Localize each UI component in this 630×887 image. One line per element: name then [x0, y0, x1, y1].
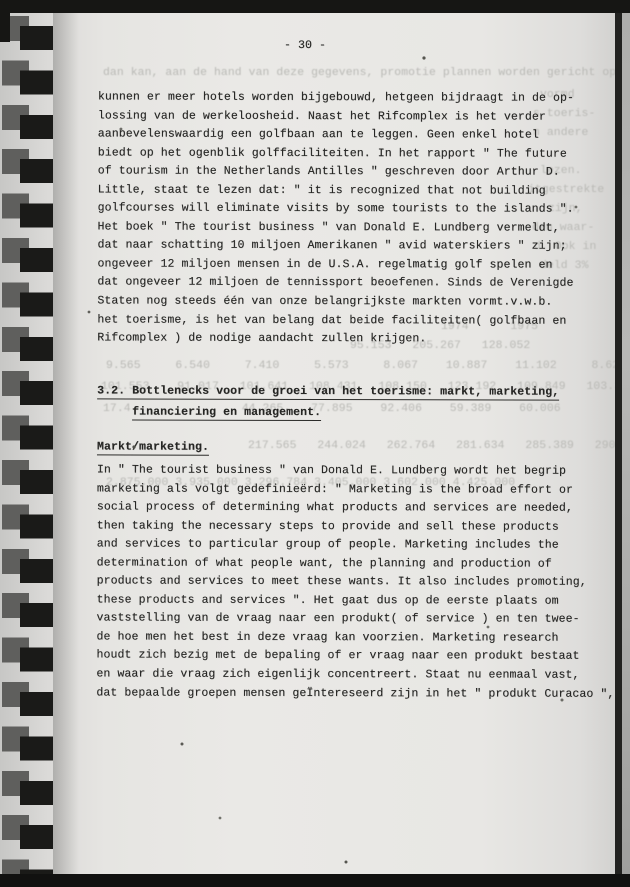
text-line: social process of determining what produ…: [97, 499, 615, 519]
text-line: dat bepaalde groepen mensen geÏntereseer…: [96, 684, 614, 704]
text-line: of tourism in the Netherlands Antilles "…: [98, 163, 574, 183]
binding-shade: [53, 13, 79, 874]
text-line: marketing als volgt gedefinieërd: " Mark…: [97, 480, 615, 500]
text-line: biedt op het ogenblik golffaciliteiten. …: [98, 144, 574, 164]
text-line: determination of what people want, the p…: [97, 554, 615, 574]
text-line: then taking the necessary steps to provi…: [97, 517, 615, 537]
text-line: kunnen er meer hotels worden bijgebouwd,…: [98, 88, 574, 108]
paragraph-1: kunnen er meer hotels worden bijgebouwd,…: [97, 88, 574, 349]
scan-edge-bottom: [0, 874, 630, 887]
text-line: lossing van de werkeloosheid. Naast het …: [98, 107, 574, 127]
text-line: these products and services ". Het gaat …: [97, 591, 615, 611]
text-line: aanbevelenswaardig een golfbaan aan te l…: [98, 126, 574, 146]
section-heading-line: financiering en management.: [97, 402, 559, 424]
scan-edge-right-outer: [622, 13, 630, 874]
comb-binding-shadow: [20, 13, 53, 874]
text-line: de hoe men het best in deze vraag kan vo…: [96, 628, 614, 648]
page-content: - 30 - kunnen er meer hotels worden bijg…: [0, 0, 630, 887]
text-line: vaststelling van de vraag naar een produ…: [97, 610, 615, 630]
text-line: golfcourses will eliminate visits by som…: [98, 200, 574, 220]
text-line: en waar die vraag zich eigenlijk concent…: [96, 665, 614, 685]
section-heading: 3.2. Bottlenecks voor de groei van het t…: [97, 381, 559, 423]
text-line: Rifcomplex ) de nodige aandacht zullen k…: [97, 330, 573, 350]
scan-edge-top: [0, 0, 630, 13]
comb-binding: [0, 13, 58, 874]
text-line: dat naar schatting 10 miljoen Amerikanen…: [97, 237, 573, 257]
page-number: - 30 -: [284, 37, 326, 56]
section-heading-text: 3.2. Bottlenecks voor de groei van het t…: [97, 384, 559, 400]
text-line: and services to particular group of peop…: [97, 536, 615, 556]
text-line: products and services to meet these want…: [97, 573, 615, 593]
subsection-heading: Markt/marketing.: [97, 438, 209, 457]
text-line: houdt zich bezig met de bepaling of er v…: [96, 647, 614, 667]
text-line: het toerisme, is het van belang dat beid…: [97, 311, 573, 331]
text-line: Het boek " The tourist business " van Do…: [98, 218, 574, 238]
subsection-heading-text: Markt/marketing.: [97, 440, 209, 455]
text-line: Staten nog steeds één van onze belangrij…: [97, 292, 573, 312]
text-line: Little, staat te lezen dat: " it is reco…: [98, 181, 574, 201]
section-heading-text: financiering en management.: [132, 405, 321, 420]
paragraph-2: In " The tourist business " van Donald E…: [96, 461, 615, 703]
scanned-page: dan kan, aan de hand van deze gegevens, …: [0, 0, 630, 887]
text-line: ongeveer 12 miljoen mensen in de U.S.A. …: [97, 255, 573, 275]
text-line: In " The tourist business " van Donald E…: [97, 461, 615, 481]
dust-specks: [0, 0, 2, 2]
scan-edge-right: [615, 13, 622, 874]
section-heading-line: 3.2. Bottlenecks voor de groei van het t…: [97, 381, 559, 403]
scan-corner-top-left: [0, 0, 10, 42]
text-line: dat ongeveer 12 miljoen de tennissport b…: [97, 274, 573, 294]
